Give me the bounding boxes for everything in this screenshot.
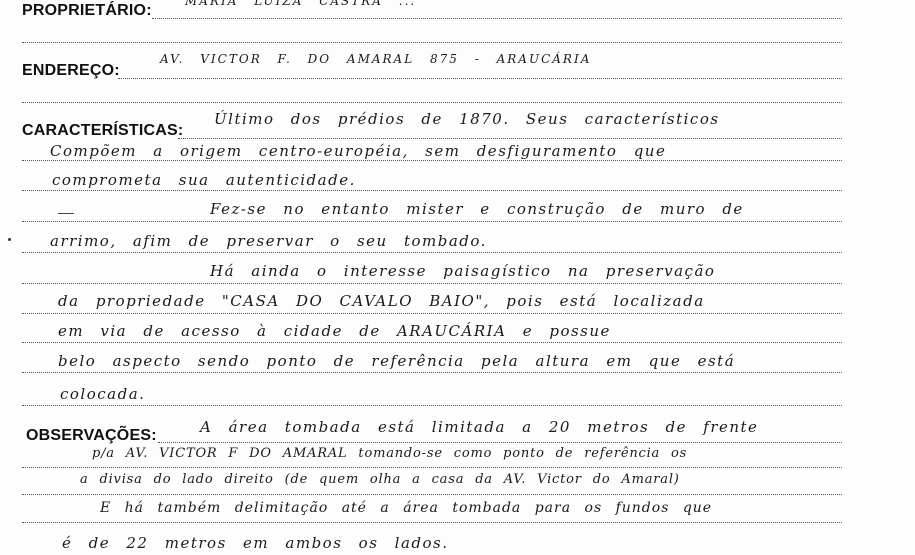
observations-line-4: E há também delimitação até a área tomba… xyxy=(100,500,712,516)
characteristics-rule-5 xyxy=(22,252,842,253)
address-rule-2 xyxy=(22,102,842,103)
characteristics-line-6: Há ainda o interesse paisagístico na pre… xyxy=(210,262,715,280)
characteristics-line-5: arrimo, afim de preservar o seu tombado. xyxy=(50,232,487,250)
characteristics-label: CARACTERÍSTICAS: xyxy=(22,122,183,140)
owner-value: MARIA LUIZA CASTRA ... xyxy=(185,0,416,8)
observations-line-5: é de 22 metros em ambos os lados. xyxy=(62,534,449,552)
address-value: AV. VICTOR F. DO AMARAL 875 - ARAUCÁRIA xyxy=(160,52,591,66)
characteristics-line-1: Último dos prédios de 1870. Seus caracte… xyxy=(214,110,720,128)
characteristics-rule-9 xyxy=(22,372,842,373)
observations-line-2: p/a AV. VICTOR F DO AMARAL tomando-se co… xyxy=(92,446,687,461)
observations-line-1: A área tombada está limitada a 20 metros… xyxy=(200,418,758,436)
owner-rule-2 xyxy=(22,42,842,43)
characteristics-line-8: em via de acesso à cidade de ARAUCÁRIA e… xyxy=(58,322,611,340)
characteristics-rule-8 xyxy=(22,342,842,343)
characteristics-line-10: colocada. xyxy=(60,385,145,403)
characteristics-rule-7 xyxy=(22,313,842,314)
owner-rule xyxy=(152,18,842,19)
characteristics-line-7: da propriedade "CASA DO CAVALO BAIO", po… xyxy=(58,292,705,310)
observations-rule-4 xyxy=(22,522,842,523)
characteristics-line-9: belo aspecto sendo ponto de referência p… xyxy=(58,352,735,370)
characteristics-line-2: Compõem a origem centro-européia, sem de… xyxy=(50,142,666,160)
characteristics-rule-1 xyxy=(178,138,842,139)
address-label: ENDEREÇO: xyxy=(22,62,120,80)
observations-rule-1 xyxy=(158,442,842,443)
heritage-registration-form: PROPRIETÁRIO: MARIA LUIZA CASTRA ... END… xyxy=(0,0,915,555)
characteristics-line-4: Fez-se no entanto mister e construção de… xyxy=(210,200,744,218)
observations-label: OBSERVAÇÕES: xyxy=(26,427,157,445)
observations-rule-3 xyxy=(22,494,842,495)
margin-dot xyxy=(8,238,11,241)
characteristics-rule-4 xyxy=(22,221,842,222)
observations-line-3: a divisa do lado direito (de quem olha a… xyxy=(80,472,680,487)
characteristics-rule-10 xyxy=(22,405,842,406)
dash-mark xyxy=(58,213,74,214)
address-rule xyxy=(118,78,842,79)
observations-rule-2 xyxy=(22,467,842,468)
characteristics-rule-2 xyxy=(22,160,842,161)
characteristics-rule-3 xyxy=(22,190,842,191)
owner-label: PROPRIETÁRIO: xyxy=(22,2,152,20)
characteristics-rule-6 xyxy=(22,283,842,284)
characteristics-line-3: comprometa sua autenticidade. xyxy=(52,171,356,189)
